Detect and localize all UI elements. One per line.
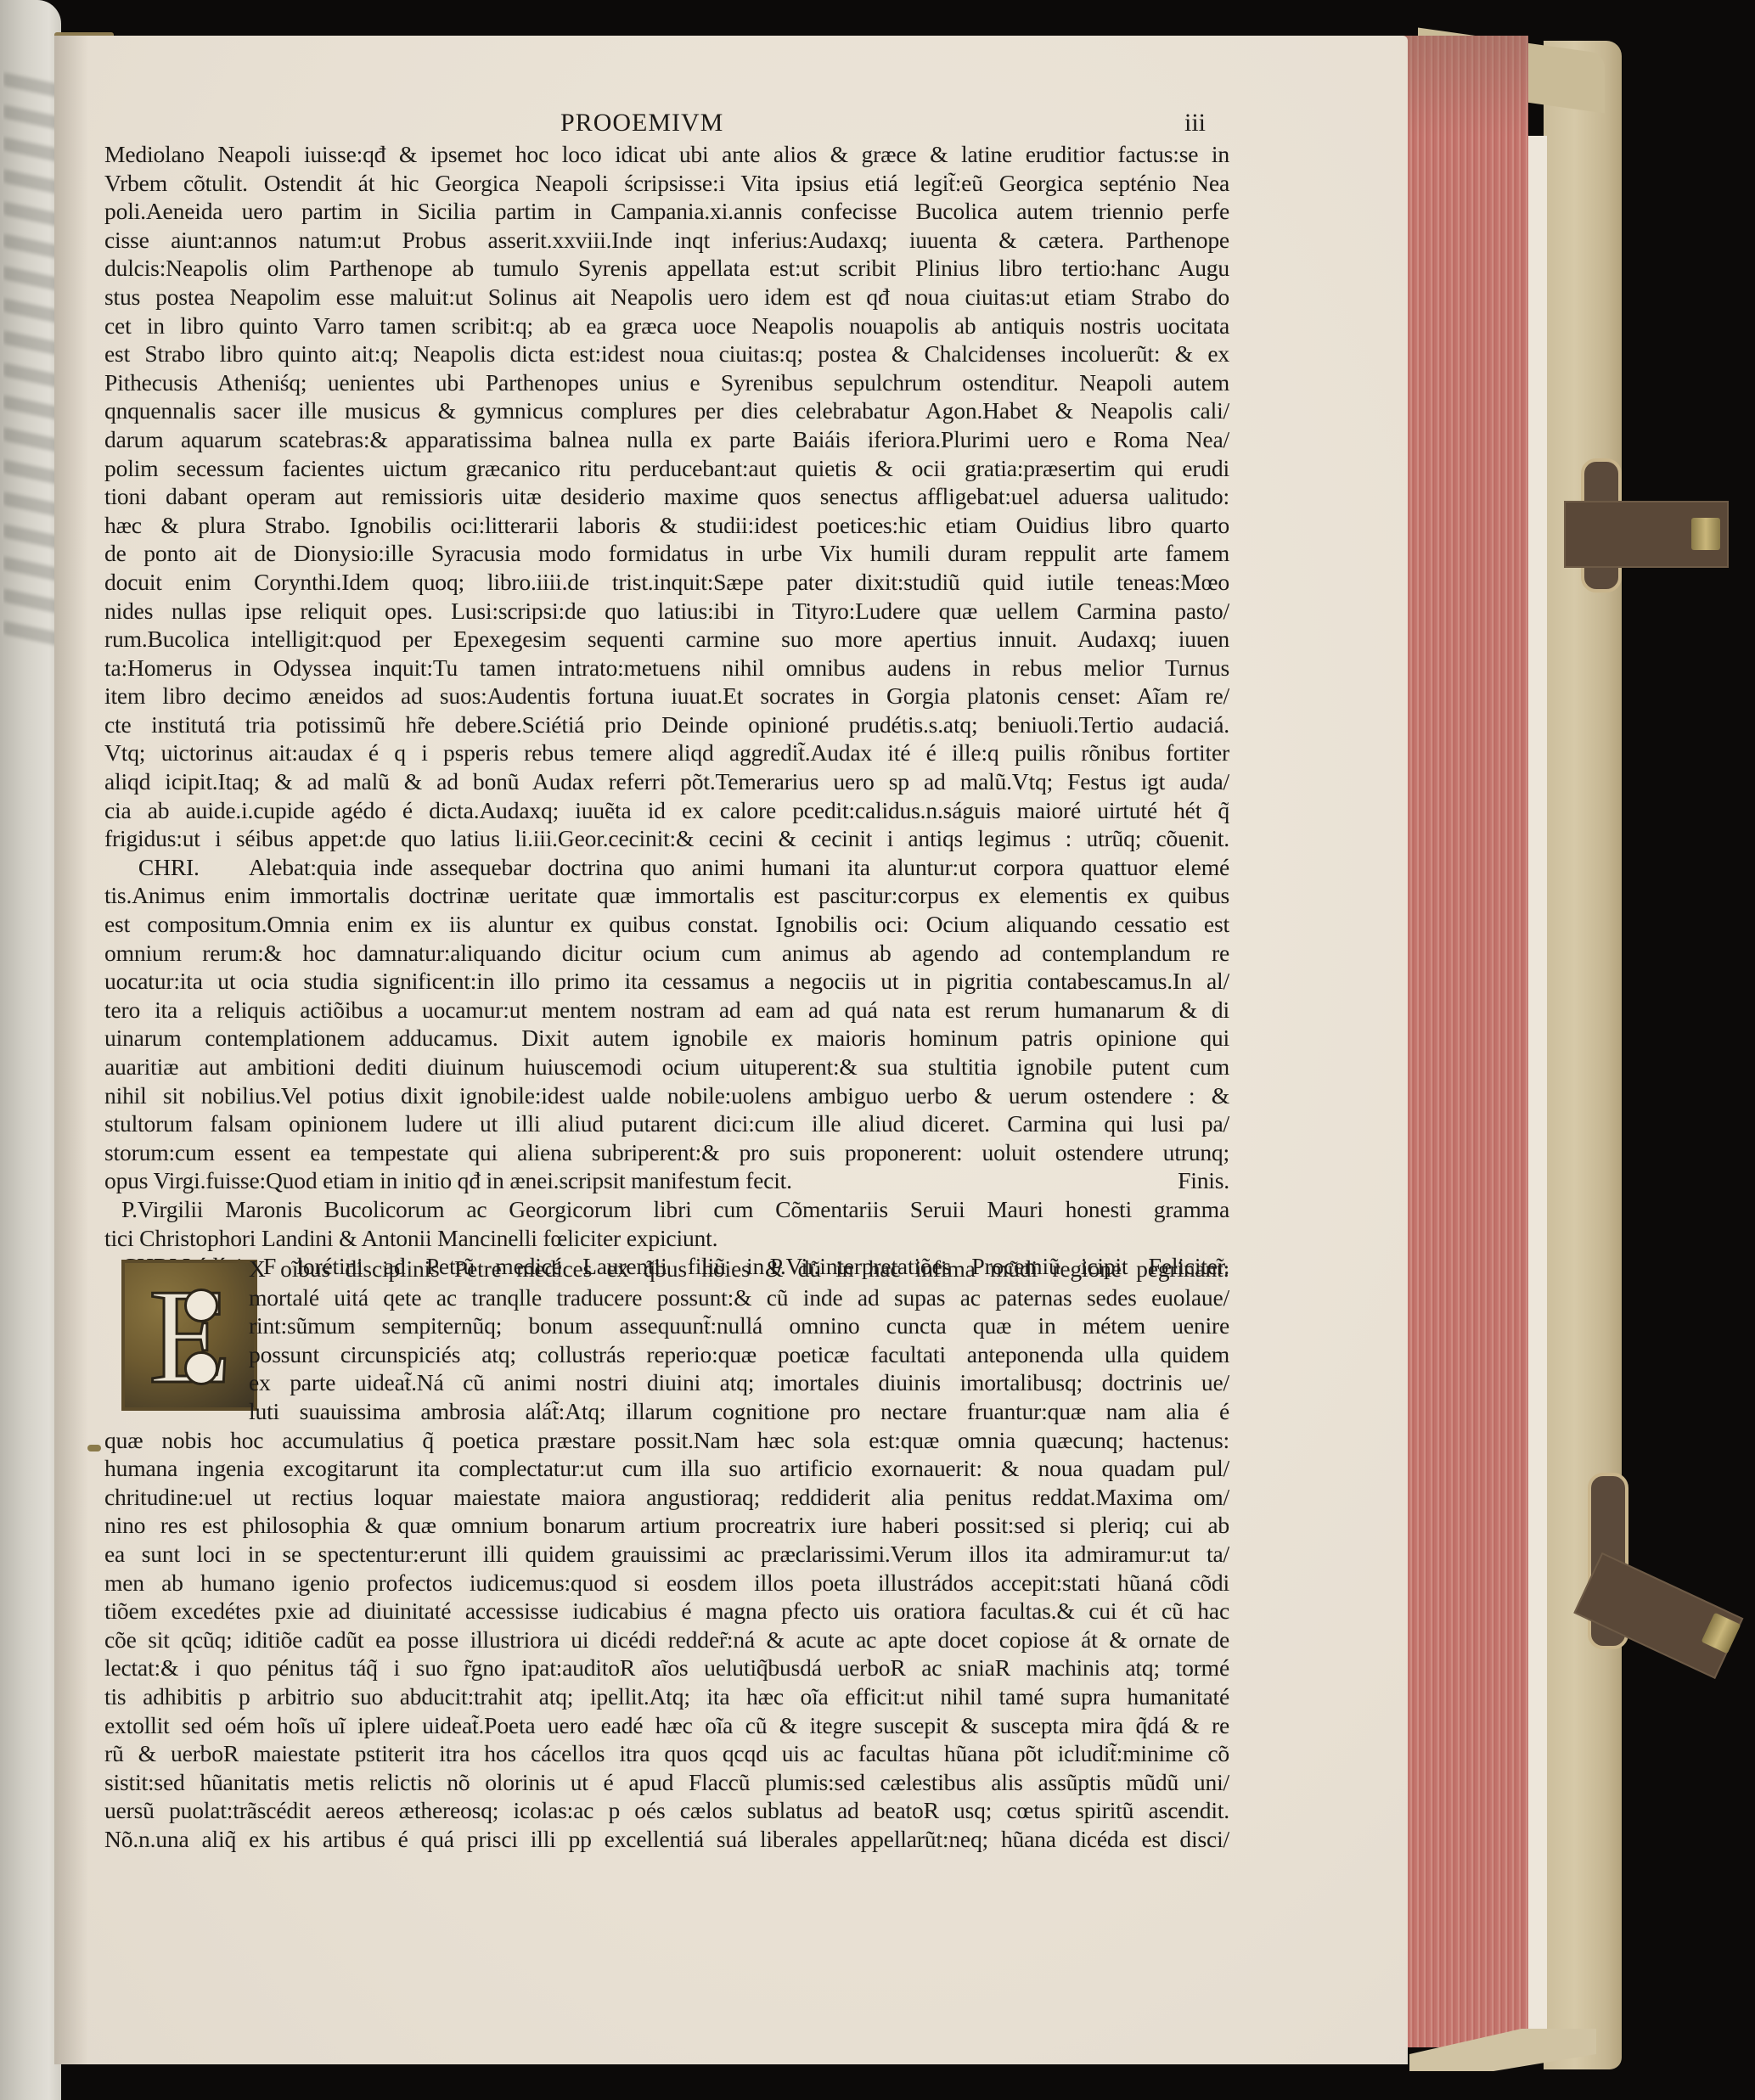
text-line: X oĩbus disciplinis Petre medices ex q̃b… [104,1255,1229,1283]
text-line: rint:sũmum sempiternũq; bonum assequunt̃… [104,1311,1229,1340]
text-line: tioni dabant operam aut remissioris uitæ… [104,482,1229,511]
fore-edge-shadow [1401,36,1528,138]
finis-mark: Finis. [1178,1166,1229,1195]
closing-text: opus Virgi.fuisse:Quod etiam in initio q… [104,1166,792,1195]
text-line: cisse aiunt:annos natum:ut Probus asseri… [104,226,1229,255]
left-page-ghost-text [3,59,58,823]
text-line: lectat:& i quo pénitus táq̃ i suo r̃gno … [104,1654,1229,1682]
text-line: nino res est philosophia & quæ omnium bo… [104,1511,1229,1540]
text-line: ta:Homerus in Odyssea inquit:Tu tamen in… [104,654,1229,682]
text-line: ex parte uideat̃.Ná cũ animi nostri diui… [104,1368,1229,1397]
gutter-shadow [54,36,88,2064]
text-line: uinarum contemplationem adducamus. Dixit… [104,1024,1229,1053]
text-line: uersũ puolat:trãscédit aereos æthereosq;… [104,1796,1229,1825]
text-line: tero ita a reliquis actiõibus a uocamur:… [104,996,1229,1025]
text-line: possunt circunspiciés atq; collustrás re… [104,1340,1229,1369]
text-line: tis.Animus enim immortalis doctrinæ ueri… [104,881,1229,910]
text-line: chritudine:uel ut rectius loquar maiesta… [104,1483,1229,1512]
text-line: auaritiæ aut ambitioni dediti diuinum hu… [104,1053,1229,1081]
text-line: nides nullas ipse reliquit opes. Lusi:sc… [104,597,1229,626]
commentary-text: Mediolano Neapoli iuisse:qđ & ipsemet ho… [104,140,1229,1281]
text-line: hæc & plura Strabo. Ignobilis oci:litter… [104,511,1229,540]
text-line: ea sunt loci in se spectentur:erunt illi… [104,1540,1229,1569]
text-line: luti suauissima ambrosia alát̃:Atq; illa… [104,1397,1229,1426]
text-line: mortalé uitá qete ac tranqlle traducere … [104,1283,1229,1312]
text-line: est Strabo libro quinto ait:q; Neapolis … [104,340,1229,368]
text-line: cet in libro quinto Varro tamen scribit:… [104,312,1229,340]
facing-left-page [0,0,61,2100]
text-line: omnium rerum:& hoc damnatur:aliquando di… [104,939,1229,968]
red-fore-edge [1401,36,1528,2047]
text-line: nihil sit nobilius.Vel potius dixit igno… [104,1081,1229,1110]
text-line: frigidus:ut i séibus appet:de quo latius… [104,824,1229,853]
text-line: poli.Aeneida uero partim in Sicilia part… [104,197,1229,226]
text-line: polim secessum facientes uictum græcanic… [104,454,1229,483]
colophon-line: P.Virgilii Maronis Bucolicorum ac Georgi… [104,1195,1229,1224]
chri-section-start: CHRI. Alebat:quia inde assequebar doctri… [104,853,1229,882]
proem-text: X oĩbus disciplinis Petre medices ex q̃b… [104,1255,1229,1853]
endpaper-edge [1528,136,1547,2054]
text-line: humana ingenia excogitarunt ita complect… [104,1454,1229,1483]
text-line: Pithecusis Atheniśq; uenientes ubi Parth… [104,368,1229,397]
text-line: aliqd icipit.Itaq; & ad malũ & ad bonũ A… [104,767,1229,796]
text-line: Nõ.n.una aliq̃ ex his artibus é quá pris… [104,1825,1229,1854]
text-line: men ab humano igenio profectos iudicemus… [104,1569,1229,1597]
vellum-cover [1544,41,1622,2069]
text-line: extollit sed oém hoĩs uĩ iplere uideat̃.… [104,1711,1229,1740]
brass-catch-icon [1691,518,1720,550]
running-head: PROOEMIVM [560,109,723,138]
text-line: tiõem excedétes pxie ad diuinitaté acces… [104,1597,1229,1626]
text-line: rum.Bucolica intelligit:quod per Epexege… [104,625,1229,654]
text-line: sistit:sed hũanitatis metis relictis nõ … [104,1768,1229,1797]
text-line: Vrbem cõtulit. Ostendit át hic Georgica … [104,169,1229,198]
text-line: uocatur:ita ut ocia studia significent:i… [104,967,1229,996]
closing-line: opus Virgi.fuisse:Quod etiam in initio q… [104,1166,1229,1195]
text-line: stus postea Neapolim esse maluit:ut Soli… [104,283,1229,312]
text-line: est compositum.Omnia enim ex iis aluntur… [104,910,1229,939]
text-line: rũ & uerboR maiestate pstiterit itra hos… [104,1739,1229,1768]
text-line: cte institutá tria potissimũ hr̃e debere… [104,710,1229,739]
text-line: cia ab auide.i.cupide agédo é dicta.Auda… [104,796,1229,825]
colophon-line: tici Christophori Landini & Antonii Manc… [104,1224,1229,1253]
text-line: de ponto ait de Dionysio:ille Syracusia … [104,539,1229,568]
text-line: docuit enim Corynthi.Idem quoq; libro.ii… [104,568,1229,597]
text-line: cõe sit qcũq; iditiõe cadũt ea posse ill… [104,1626,1229,1654]
text-line: qnquennalis sacer ille musicus & gymnicu… [104,396,1229,425]
text-line: storum:cum essent ea tempestate qui alie… [104,1138,1229,1167]
text-line: dulcis:Neapolis olim Parthenope ab tumul… [104,254,1229,283]
text-line: quæ nobis hoc accumulatius q̃ poetica pr… [104,1426,1229,1455]
marginal-pointer-mark [87,1445,101,1451]
folio-number: iii [1184,109,1206,138]
text-line: Mediolano Neapoli iuisse:qđ & ipsemet ho… [104,140,1229,169]
text-line: Vtq; uictorinus ait:audax é q i psperis … [104,738,1229,767]
text-line: tis adhibitis p arbitrio suo abducit:tra… [104,1682,1229,1711]
text-line: darum aquarum scatebras:& apparatissima … [104,425,1229,454]
text-line: stultorum falsam opinionem ludere ut ill… [104,1109,1229,1138]
text-line: item libro decimo æneidos ad suos:Audent… [104,682,1229,710]
